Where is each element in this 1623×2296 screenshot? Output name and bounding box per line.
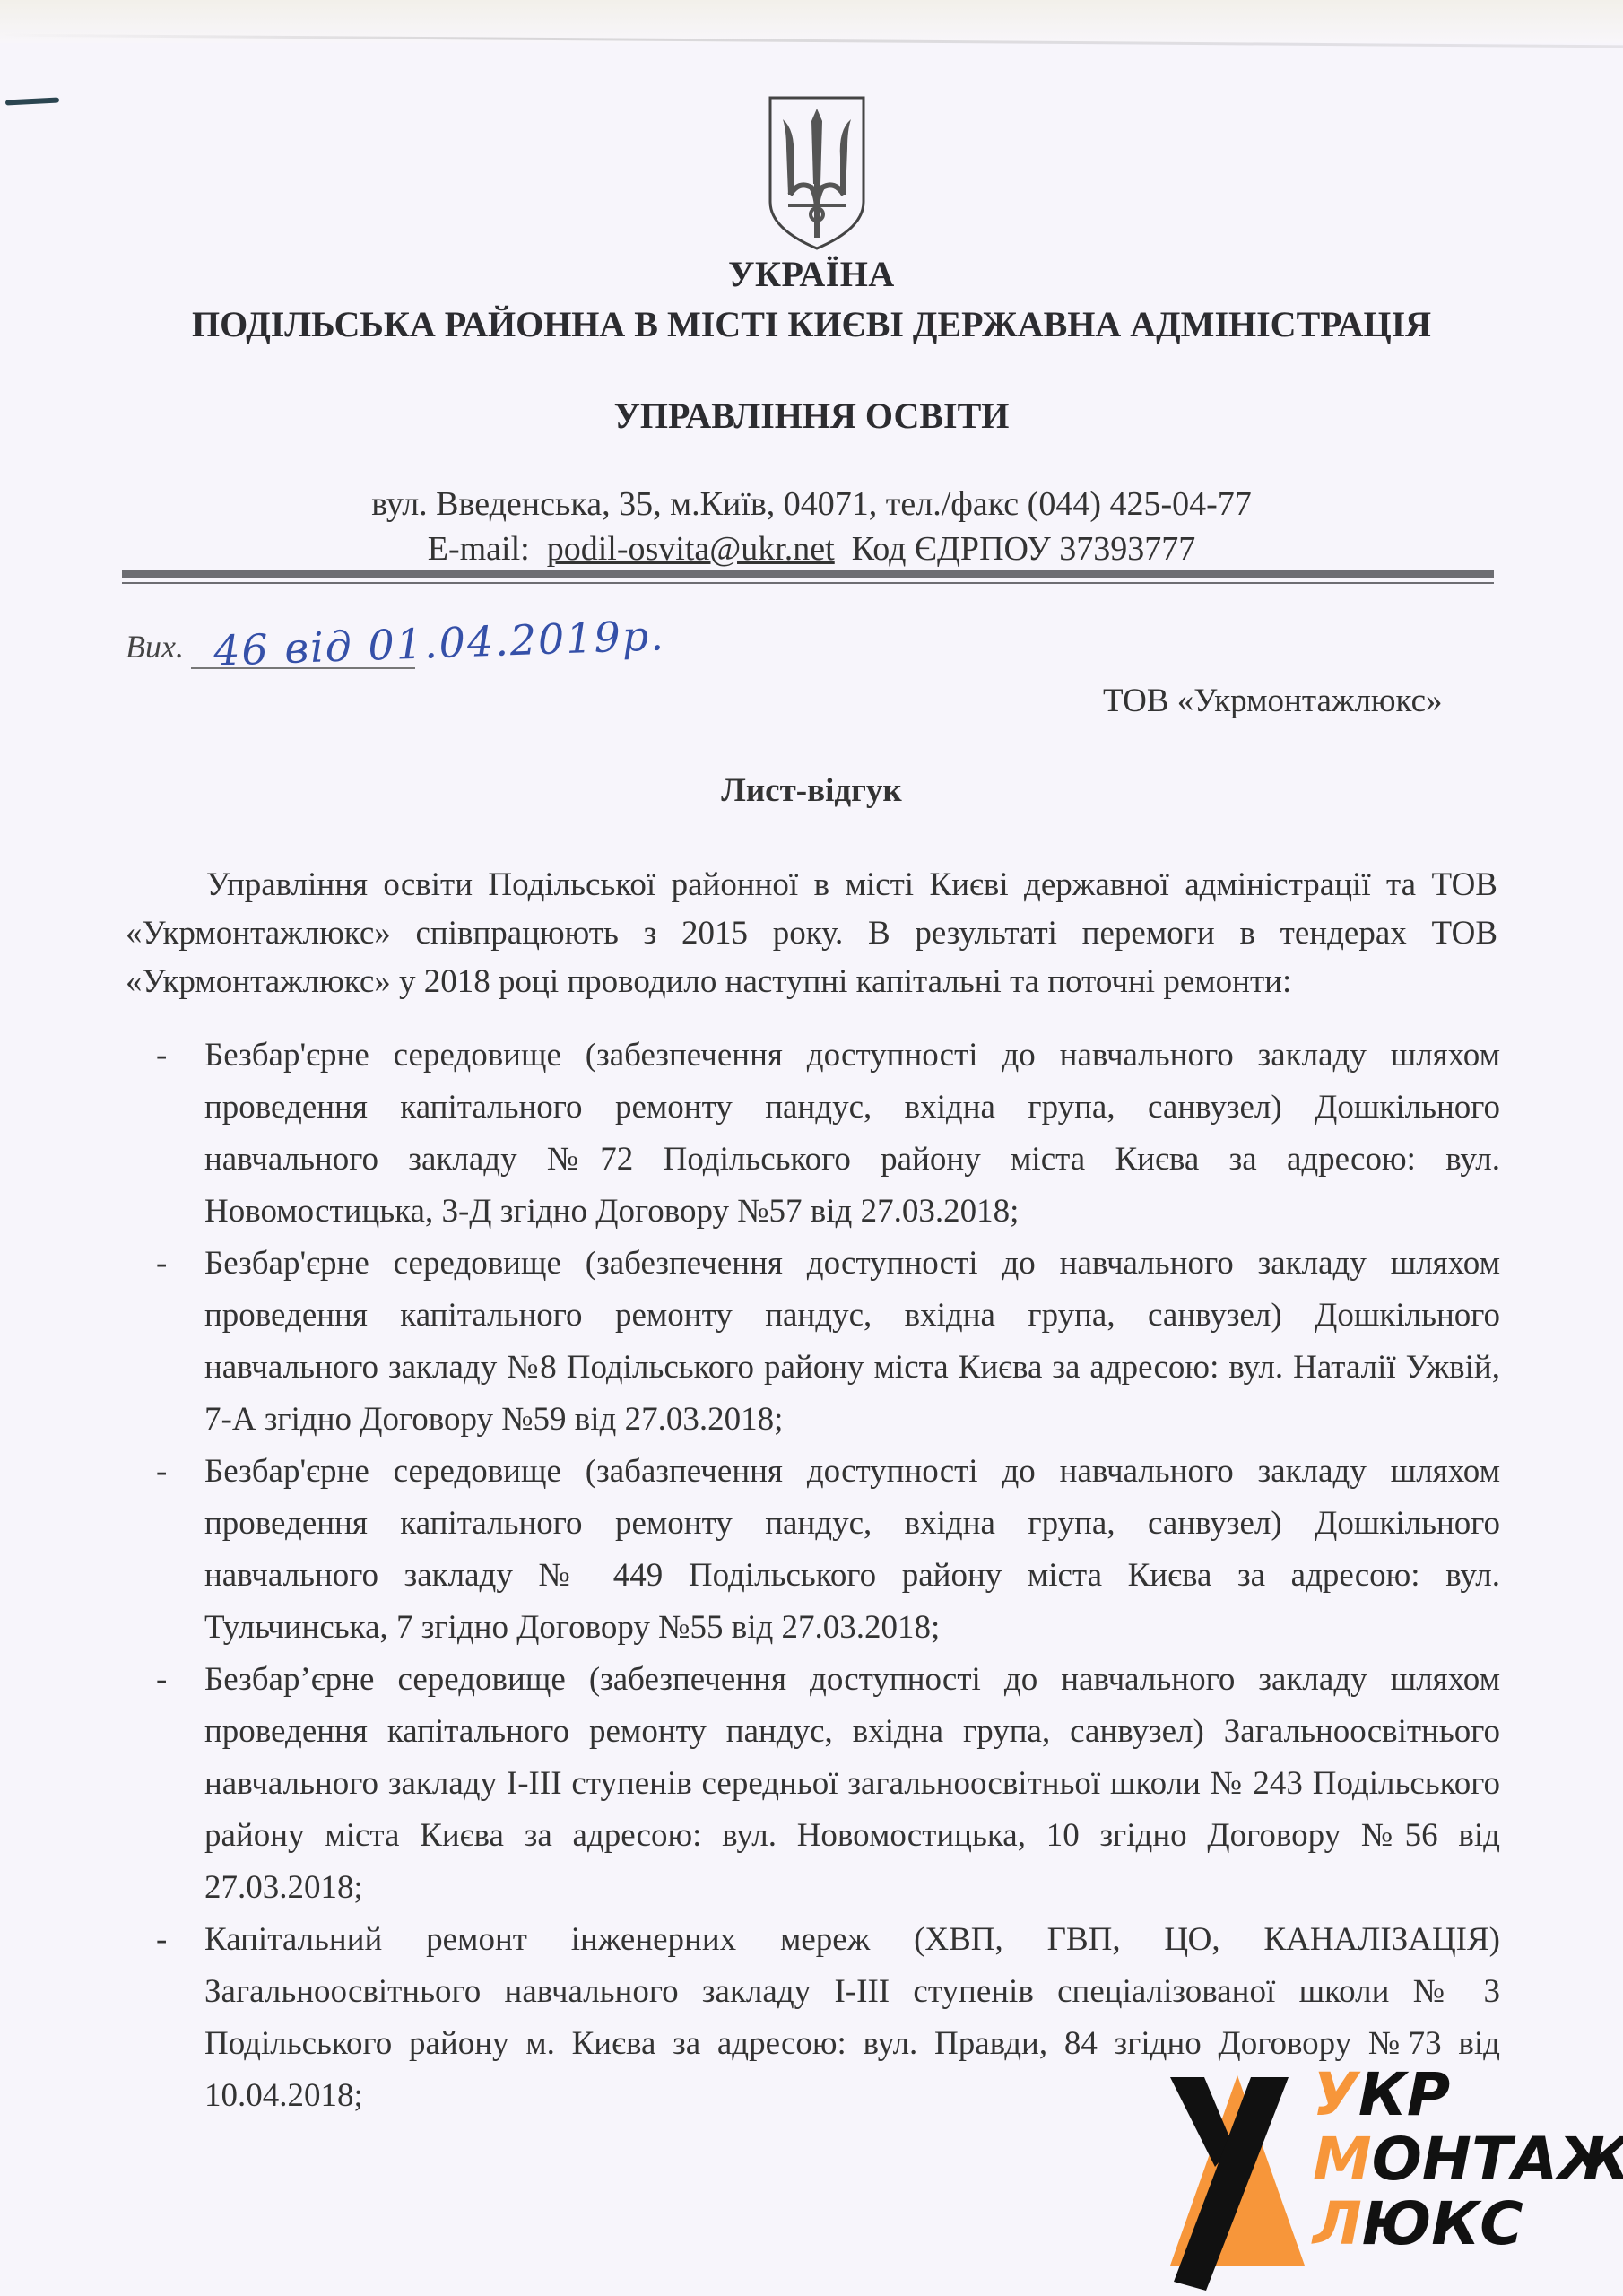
ukraine-trident-emblem-icon xyxy=(763,94,871,251)
list-dash: - xyxy=(156,1654,167,1706)
contacts-line: E-mail: podil-osvita@ukr.net Код ЄДРПОУ … xyxy=(0,529,1623,569)
country-heading: УКРАЇНА xyxy=(0,253,1623,295)
edrpou-label: Код ЄДРПОУ xyxy=(852,530,1051,568)
logo-wordmark: УКР МОНТАЖ ЛЮКС xyxy=(1313,2063,1623,2257)
list-item-text: Безбар'єрне середовище (забазпечення дос… xyxy=(204,1453,1500,1646)
letter-title: Лист-відгук xyxy=(0,771,1623,810)
list-dash: - xyxy=(156,1914,167,1966)
letter-page: УКРАЇНА ПОДІЛЬСЬКА РАЙОННА В МІСТІ КИЄВІ… xyxy=(0,0,1623,2296)
logo-line-2: МОНТАЖ xyxy=(1313,2127,1623,2192)
logo-line-3: ЛЮКС xyxy=(1313,2192,1623,2257)
intro-text: Управління освіти Подільської районної в… xyxy=(126,866,1497,1000)
list-item: - Безбар’єрне середовище (забезпечення д… xyxy=(204,1654,1500,1914)
list-item: - Безбар'єрне середовище (забезпечення д… xyxy=(204,1238,1500,1446)
intro-paragraph: Управління освіти Подільської районної в… xyxy=(126,861,1497,1006)
recipient: ТОВ «Укрмонтажлюкс» xyxy=(1103,682,1443,720)
address-line: вул. Введенська, 35, м.Київ, 04071, тел.… xyxy=(0,484,1623,524)
outgoing-label: Вих. xyxy=(126,628,184,665)
list-dash: - xyxy=(156,1030,167,1082)
handwritten-reference: 46 від 01.04.2019р. xyxy=(213,611,665,675)
administration-heading: ПОДІЛЬСЬКА РАЙОННА В МІСТІ КИЄВІ ДЕРЖАВН… xyxy=(0,303,1623,345)
list-item-text: Безбар'єрне середовище (забезпечення дос… xyxy=(204,1245,1500,1438)
header-rule-thick xyxy=(122,570,1494,578)
list-item: - Безбар'єрне середовище (забезпечення д… xyxy=(204,1030,1500,1238)
list-item: - Безбар'єрне середовище (забазпечення д… xyxy=(204,1446,1500,1654)
email-label: E-mail: xyxy=(428,530,530,568)
list-item-text: Безбар'єрне середовище (забезпечення дос… xyxy=(204,1037,1500,1230)
edrpou-code: 37393777 xyxy=(1059,530,1195,568)
repairs-list: - Безбар'єрне середовище (забезпечення д… xyxy=(204,1030,1500,2122)
department-heading: УПРАВЛІННЯ ОСВІТИ xyxy=(0,395,1623,437)
logo-line-1: УКР xyxy=(1313,2063,1623,2127)
list-dash: - xyxy=(156,1238,167,1290)
list-dash: - xyxy=(156,1446,167,1498)
header-rule-thin xyxy=(122,582,1494,584)
list-item-text: Безбар’єрне середовище (забезпечення дос… xyxy=(204,1661,1500,1906)
email-link[interactable]: podil-osvita@ukr.net xyxy=(547,530,835,568)
